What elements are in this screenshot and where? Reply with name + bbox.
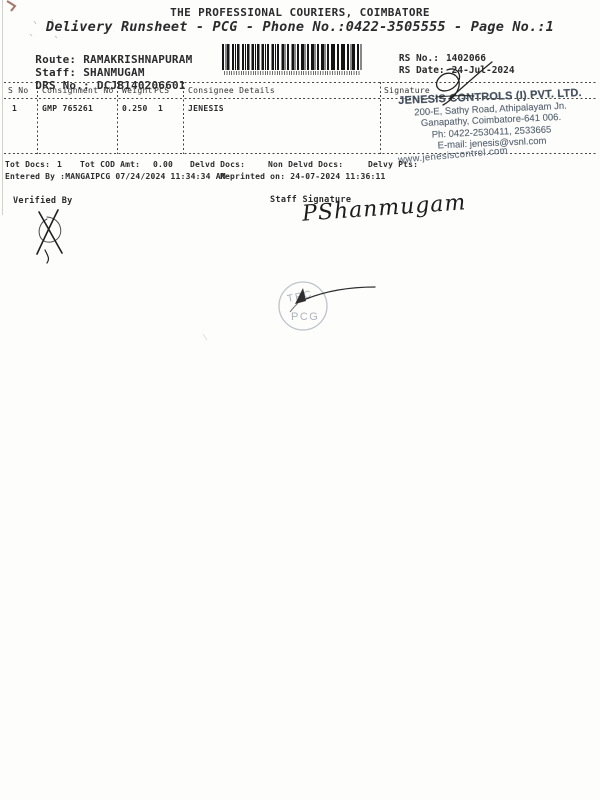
barcode-digits: [224, 71, 360, 75]
runsheet-subtitle: Delivery Runsheet - PCG - Phone No.:0422…: [0, 20, 600, 36]
reprinted-line: Reprinted on: 24-07-2024 11:36:11: [220, 172, 386, 181]
delvd-docs-label: Delvd Docs:: [190, 160, 245, 169]
col-header-consignee: Consignee Details: [188, 86, 275, 95]
tot-docs-label: Tot Docs:: [5, 160, 50, 169]
table-top-border: [4, 82, 597, 83]
round-stamp-top-text: TPC: [286, 289, 314, 305]
rs-date-value: 24-Jul-2024: [452, 65, 515, 76]
rs-date-label: RS Date:: [399, 65, 445, 76]
round-pcg-stamp: TPC PCG: [279, 282, 327, 330]
tot-cod-label: Tot COD Amt:: [80, 160, 140, 169]
col-header-consignment: Consignment No: [42, 86, 114, 95]
row-pcs: 1: [158, 104, 163, 113]
col-header-sno: S No: [8, 86, 28, 95]
verified-by-label: Verified By: [13, 197, 73, 207]
tot-docs-value: 1: [57, 160, 62, 169]
entered-by-line: Entered By :MANGAIPCG 07/24/2024 11:34:3…: [5, 172, 226, 181]
delvy-pts-label: Delvy Pts:: [368, 160, 418, 169]
round-stamp-bottom-text: PCG: [291, 311, 319, 323]
verified-scribble: [37, 210, 62, 263]
barcode: [222, 44, 362, 70]
row-consignment: GMP 765261: [42, 104, 93, 113]
col-header-pcs: PCS: [154, 86, 169, 95]
table-col-divider: [380, 82, 381, 154]
table-col-divider: [37, 82, 38, 154]
table-col-divider: [117, 82, 118, 154]
col-header-weight: Weight: [122, 86, 153, 95]
row-consignee: JENESIS: [188, 104, 224, 113]
table-col-divider: [183, 82, 184, 154]
non-delvd-docs-label: Non Delvd Docs:: [268, 160, 343, 169]
row-weight: 0.250: [122, 104, 148, 113]
consignee-address-stamp: JENESIS CONTROLS (I) PVT. LTD. 200-E, Sa…: [382, 86, 600, 153]
scanned-runsheet-page: THE PROFESSIONAL COURIERS, COIMBATORE De…: [0, 0, 600, 800]
tot-cod-value: 0.00: [153, 160, 173, 169]
row-sno: 1: [12, 104, 17, 113]
pen-stroke-through-stamp: [290, 287, 375, 312]
company-title: THE PROFESSIONAL COURIERS, COIMBATORE: [0, 7, 600, 20]
